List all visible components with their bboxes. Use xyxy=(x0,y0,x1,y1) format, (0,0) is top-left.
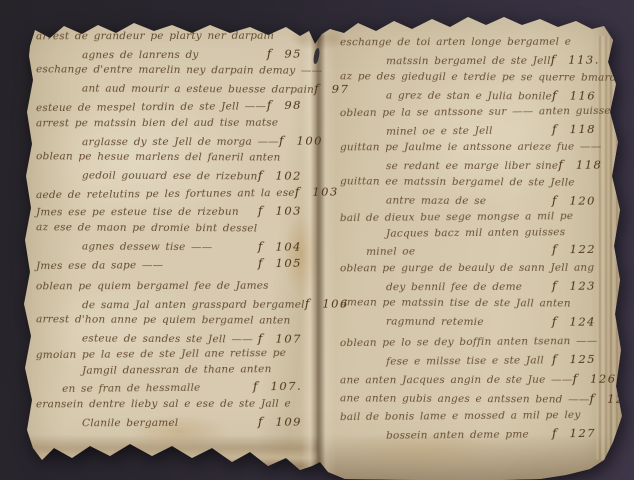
index-entry: oblean pe hesue marlens del faneril ante… xyxy=(36,150,304,182)
folio-number: 100 xyxy=(297,133,323,147)
folio-mark: f xyxy=(258,413,263,428)
entry-text: esteue de sandes ste Jell —— xyxy=(36,332,258,345)
index-entry: bail de dieux bue sege mongse a mil pe J… xyxy=(340,210,598,259)
entry-line: agnes de lanrens dyf95 xyxy=(36,45,304,61)
folio: f105 xyxy=(258,254,304,269)
entry-text: a grez de stan e Julia bonile xyxy=(340,89,552,102)
index-entry: eschange de toi arten longe bergamel e m… xyxy=(340,36,598,68)
entry-text: Jamgil danessran de thane anten xyxy=(36,362,304,376)
entry-line: eschange d'entre marelin ney darpain dem… xyxy=(36,63,304,80)
entry-text: oblean pe hesue marlens del faneril ante… xyxy=(36,150,304,163)
index-entry: az ese de maon pe dromie bint dessel agn… xyxy=(36,221,304,253)
folio-number: 95 xyxy=(284,46,302,60)
entry-line: antre maza de sef120 xyxy=(340,191,598,208)
index-entry: bail de bonis lame e mossed a mil pe ley… xyxy=(340,408,598,441)
folio-mark: f xyxy=(552,121,557,136)
entry-line: arrest de grandeur pe plarty ner darpain xyxy=(36,30,304,46)
folio: f122 xyxy=(552,241,598,256)
folio-mark: f xyxy=(258,330,263,345)
entry-text: eschange d'entre marelin ney darpain dem… xyxy=(36,63,322,76)
folio: f104 xyxy=(258,237,304,252)
folio-mark: f xyxy=(552,350,557,365)
folio-number: 127 xyxy=(570,425,597,439)
entry-line: eschange de toi arten longe bergamel e xyxy=(340,36,598,52)
entry-text: esteue de mespel tordin de ste Jell —— xyxy=(36,100,267,114)
entry-line: Jmes ese pe esteue tise de rizebunf103 xyxy=(36,203,304,219)
entry-line: se redant ee marge liber sinef118 xyxy=(340,156,598,172)
entry-text: aede de retelutins pe les fortunes ant l… xyxy=(36,186,295,200)
index-entry: oblean pe gurge de beauly de sann Jell a… xyxy=(340,261,598,293)
index-entry: esteue de mespel tordin de ste Jell ——f9… xyxy=(36,97,304,115)
entry-text: Jmes ese da sape —— xyxy=(36,258,258,272)
folio-number: 104 xyxy=(275,239,302,253)
folio-number: 118 xyxy=(576,157,602,171)
entry-text: eransein dentre lieby sal e ese de ste J… xyxy=(36,397,304,410)
folio-number: 102 xyxy=(275,168,302,182)
folio-mark: f xyxy=(258,237,263,252)
folio-number: 126 xyxy=(607,392,634,406)
folio-mark: f xyxy=(258,166,263,181)
index-entry: Jmes ese pe esteue tise de rizebunf103 xyxy=(36,203,304,219)
folio: f124 xyxy=(552,312,598,327)
folio: f118 xyxy=(558,156,604,171)
folio-number: 126 xyxy=(590,371,616,385)
entry-text: fese e milsse tise e ste Jall xyxy=(340,353,552,367)
entry-line: bossein anten deme pmef127 xyxy=(340,424,598,442)
folio-mark: f xyxy=(258,255,263,270)
entry-line: ane anten Jacques angin de ste Jue ——f12… xyxy=(340,370,598,386)
folio-number: 120 xyxy=(569,193,596,207)
folio-mark: f xyxy=(552,277,557,292)
folio-number: 113. xyxy=(568,52,600,66)
entry-text: de sama Jal anten grasspard bergamel xyxy=(36,298,305,311)
folio-mark: f xyxy=(267,97,272,112)
index-entry: arrest d'hon anne pe quiem bergamel ante… xyxy=(36,313,304,345)
spread-shadow: arrest de grandeur pe plarty ner darpain… xyxy=(0,0,634,480)
index-entry: oblean pe lo se dey boffin anten tsenan … xyxy=(340,334,598,367)
entry-line: esteue de mespel tordin de ste Jell ——f9… xyxy=(36,97,304,115)
entry-text: gmoian pe la ese de ste Jell ane retisse… xyxy=(36,347,304,361)
folio: f95 xyxy=(267,45,304,60)
folio-number: 124 xyxy=(569,314,596,328)
entry-line: oblean pe hesue marlens del faneril ante… xyxy=(36,150,304,167)
index-entry: eschange d'entre marelin ney darpain dem… xyxy=(36,63,304,95)
entry-text: ragmund retemie xyxy=(340,314,552,327)
entry-text: agnes de lanrens dy xyxy=(36,48,267,61)
entry-text: eschange de toi arten longe bergamel e xyxy=(340,36,598,49)
entry-text: guittan ee matssin bergamel de ste Jelle xyxy=(340,175,598,188)
index-entry: oblean pe quiem bergamel fee de James de… xyxy=(36,280,304,312)
folio-mark: f xyxy=(552,241,557,256)
folio-mark: f xyxy=(305,295,310,310)
entry-text: Jacques bacz mil anten guisses xyxy=(340,225,598,239)
index-entry: gmean pe matssin tise de ste Jall anten … xyxy=(340,296,598,328)
entry-line: bail de bonis lame e mossed a mil pe ley xyxy=(340,408,598,426)
folio: f103 xyxy=(258,203,304,218)
entry-text: az ese de maon pe dromie bint dessel xyxy=(36,221,304,234)
entry-text: bossein anten deme pme xyxy=(340,427,552,441)
folio-number: 125 xyxy=(570,351,597,365)
manuscript-scan: arrest de grandeur pe plarty ner darpain… xyxy=(0,0,634,480)
entry-text: ane anten Jacques angin de ste Jue —— xyxy=(340,373,572,386)
entry-line: Clanile bergamelf109 xyxy=(36,413,304,429)
entry-text: bail de bonis lame e mossed a mil pe ley xyxy=(340,408,598,422)
entry-text: antre maza de se xyxy=(340,194,552,207)
folio: f116 xyxy=(552,87,598,102)
entry-line: ragmund retemief124 xyxy=(340,311,598,328)
folio-mark: f xyxy=(253,378,258,393)
folio-mark: f xyxy=(572,370,577,385)
entry-text: Jmes ese pe esteue tise de rizebun xyxy=(36,206,258,219)
entry-text: gmean pe matssin tise de ste Jall anten xyxy=(340,296,598,309)
folio: f125 xyxy=(552,350,598,365)
index-entry: oblean pe la se antssone sur —— anten gu… xyxy=(340,105,598,138)
folio: f118 xyxy=(552,120,598,135)
folio: f123 xyxy=(552,277,598,292)
entry-text: dey bennil fee de deme xyxy=(340,280,552,293)
entry-text: gedoil gouuard ese de rizebun xyxy=(36,168,258,181)
folio-mark: f xyxy=(267,45,272,60)
entry-line: agnes dessew tise ——f104 xyxy=(36,236,304,253)
folio: f109 xyxy=(258,413,304,428)
folio-mark: f xyxy=(279,132,284,147)
entry-line: minel oe e ste Jellf118 xyxy=(340,120,598,138)
entry-text: agnes dessew tise —— xyxy=(36,239,258,252)
folio: f127 xyxy=(552,424,598,439)
folio: f107 xyxy=(258,330,304,345)
entry-line: gedoil gouuard ese de rizebunf102 xyxy=(36,165,304,182)
index-entry: guittan pe Jaulme ie antssone arieze fue… xyxy=(340,141,598,173)
entry-line: gmean pe matssin tise de ste Jall anten xyxy=(340,296,598,313)
folio-number: 107. xyxy=(270,379,302,393)
entry-text: oblean pe gurge de beauly de sann Jell a… xyxy=(340,261,598,274)
folio-mark: f xyxy=(314,80,319,95)
folio-mark: f xyxy=(552,312,557,327)
entry-text: bail de dieux bue sege mongse a mil pe xyxy=(340,210,598,224)
folio-number: 103 xyxy=(312,184,339,198)
torn-bottom-edge xyxy=(28,436,318,468)
folio-mark: f xyxy=(552,424,557,439)
folio-number: 118 xyxy=(570,121,597,135)
index-entry: ane anten Jacques angin de ste Jue ——f12… xyxy=(340,370,598,386)
entry-text: se redant ee marge liber sine xyxy=(340,159,558,172)
entry-line: ant aud mourir a esteue buesse darpainf9… xyxy=(36,79,304,96)
folio: f120 xyxy=(552,192,598,207)
manuscript-spread: arrest de grandeur pe plarty ner darpain… xyxy=(0,0,634,480)
entry-text: arrest d'hon anne pe quiem bergamel ante… xyxy=(36,313,304,326)
entry-line: Jmes ese da sape ——f105 xyxy=(36,254,304,272)
folio-mark: f xyxy=(552,87,557,102)
entry-line: oblean pe lo se dey boffin anten tsenan … xyxy=(340,334,598,352)
entry-text: arrest de grandeur pe plarty ner darpain xyxy=(36,30,304,43)
folio-number: 123 xyxy=(570,278,596,292)
entry-text: minel oe e ste Jell xyxy=(340,124,552,138)
folio-number: 103 xyxy=(276,204,302,218)
entry-line: matssin bergamel de ste Jellf113. xyxy=(340,51,598,67)
folio-mark: f xyxy=(551,51,556,66)
index-entry: aede de retelutins pe les fortunes ant l… xyxy=(36,183,304,201)
gutter-tear-mark xyxy=(313,48,321,65)
entry-line: guittan ee matssin bergamel de ste Jelle xyxy=(340,175,598,192)
entry-text: Clanile bergamel xyxy=(36,416,258,429)
folio-mark: f xyxy=(295,183,300,198)
entry-text: arrest pe matssin bien del aud tise mats… xyxy=(36,116,304,129)
folio: f126 xyxy=(572,370,618,385)
entry-line: arrest pe matssin bien del aud tise mats… xyxy=(36,116,304,132)
entry-line: ane anten gubis anges e antssen bend ——f… xyxy=(340,389,598,406)
entry-line: a grez de stan e Julia bonilef116 xyxy=(340,86,598,103)
entry-text: guittan pe Jaulme ie antssone arieze fue… xyxy=(340,141,601,154)
entry-line: oblean pe quiem bergamel fee de James xyxy=(36,280,304,296)
entry-line: arrest d'hon anne pe quiem bergamel ante… xyxy=(36,313,304,330)
folio-mark: f xyxy=(552,192,557,207)
index-entry: Jmes ese da sape ——f105 xyxy=(36,254,304,272)
entry-line: az pe des giedugil e terdie pe se querre… xyxy=(340,70,598,87)
entry-line: aede de retelutins pe les fortunes ant l… xyxy=(36,183,304,201)
entry-line: eransein dentre lieby sal e ese de ste J… xyxy=(36,397,304,413)
entry-line: dey bennil fee de demef123 xyxy=(340,277,598,293)
index-entry: az pe des giedugil e terdie pe se querre… xyxy=(340,70,598,102)
entry-text: oblean pe la se antssone sur —— anten gu… xyxy=(340,105,617,119)
entry-line: az ese de maon pe dromie bint dessel xyxy=(36,221,304,238)
index-entry: ane anten gubis anges e antssen bend ——f… xyxy=(340,389,598,406)
folio-number: 116 xyxy=(570,88,597,102)
folio: f100 xyxy=(279,132,325,147)
entry-line: guittan pe Jaulme ie antssone arieze fue… xyxy=(340,141,598,157)
index-entry: gmoian pe la ese de ste Jell ane retisse… xyxy=(36,347,304,396)
entry-line: fese e milsse tise e ste Jallf125 xyxy=(340,350,598,368)
entry-line: en se fran de hessmallef107. xyxy=(36,378,304,396)
folio: f126 xyxy=(590,391,634,406)
folio-number: 105 xyxy=(275,255,302,269)
entry-text: oblean pe lo se dey boffin anten tsenan … xyxy=(340,334,598,348)
entry-text: oblean pe quiem bergamel fee de James xyxy=(36,280,304,293)
folio-mark: f xyxy=(558,156,563,171)
entry-text: minel oe xyxy=(340,244,552,258)
folio-number: 122 xyxy=(570,242,597,256)
entry-text: arglasse dy ste Jell de morga —— xyxy=(36,135,279,148)
folio: f107. xyxy=(253,378,304,393)
entry-text: ant aud mourir a esteue buesse darpain xyxy=(36,82,314,95)
folio-number: 109 xyxy=(276,414,302,428)
index-entry: arrest de grandeur pe plarty ner darpain… xyxy=(36,30,304,62)
entry-line: arglasse dy ste Jell de morga ——f100 xyxy=(36,132,304,148)
entry-text: ane anten gubis anges e antssen bend —— xyxy=(340,392,590,405)
folio: f113. xyxy=(551,51,602,66)
left-page: arrest de grandeur pe plarty ner darpain… xyxy=(36,30,304,432)
folio: f98 xyxy=(267,97,304,112)
folio-number: 107 xyxy=(275,331,302,345)
entry-text: en se fran de hessmalle xyxy=(36,381,253,395)
folio-mark: f xyxy=(590,391,595,406)
folio-mark: f xyxy=(258,203,263,218)
entry-line: oblean pe gurge de beauly de sann Jell a… xyxy=(340,261,598,277)
index-entry: arrest pe matssin bien del aud tise mats… xyxy=(36,116,304,148)
entry-text: matssin bergamel de ste Jell xyxy=(340,54,551,67)
entry-line: de sama Jal anten grasspard bergamelf106 xyxy=(36,295,304,311)
index-entry: guittan ee matssin bergamel de ste Jelle… xyxy=(340,175,598,207)
index-entry: eransein dentre lieby sal e ese de ste J… xyxy=(36,397,304,429)
entry-line: esteue de sandes ste Jell ——f107 xyxy=(36,329,304,346)
folio: f102 xyxy=(258,166,304,181)
entry-text: az pe des giedugil e terdie pe se querre… xyxy=(340,70,617,83)
right-page: eschange de toi arten longe bergamel e m… xyxy=(340,36,598,445)
entry-line: minel oef122 xyxy=(340,241,598,259)
folio: f103 xyxy=(295,183,341,198)
folio-number: 98 xyxy=(284,98,302,112)
